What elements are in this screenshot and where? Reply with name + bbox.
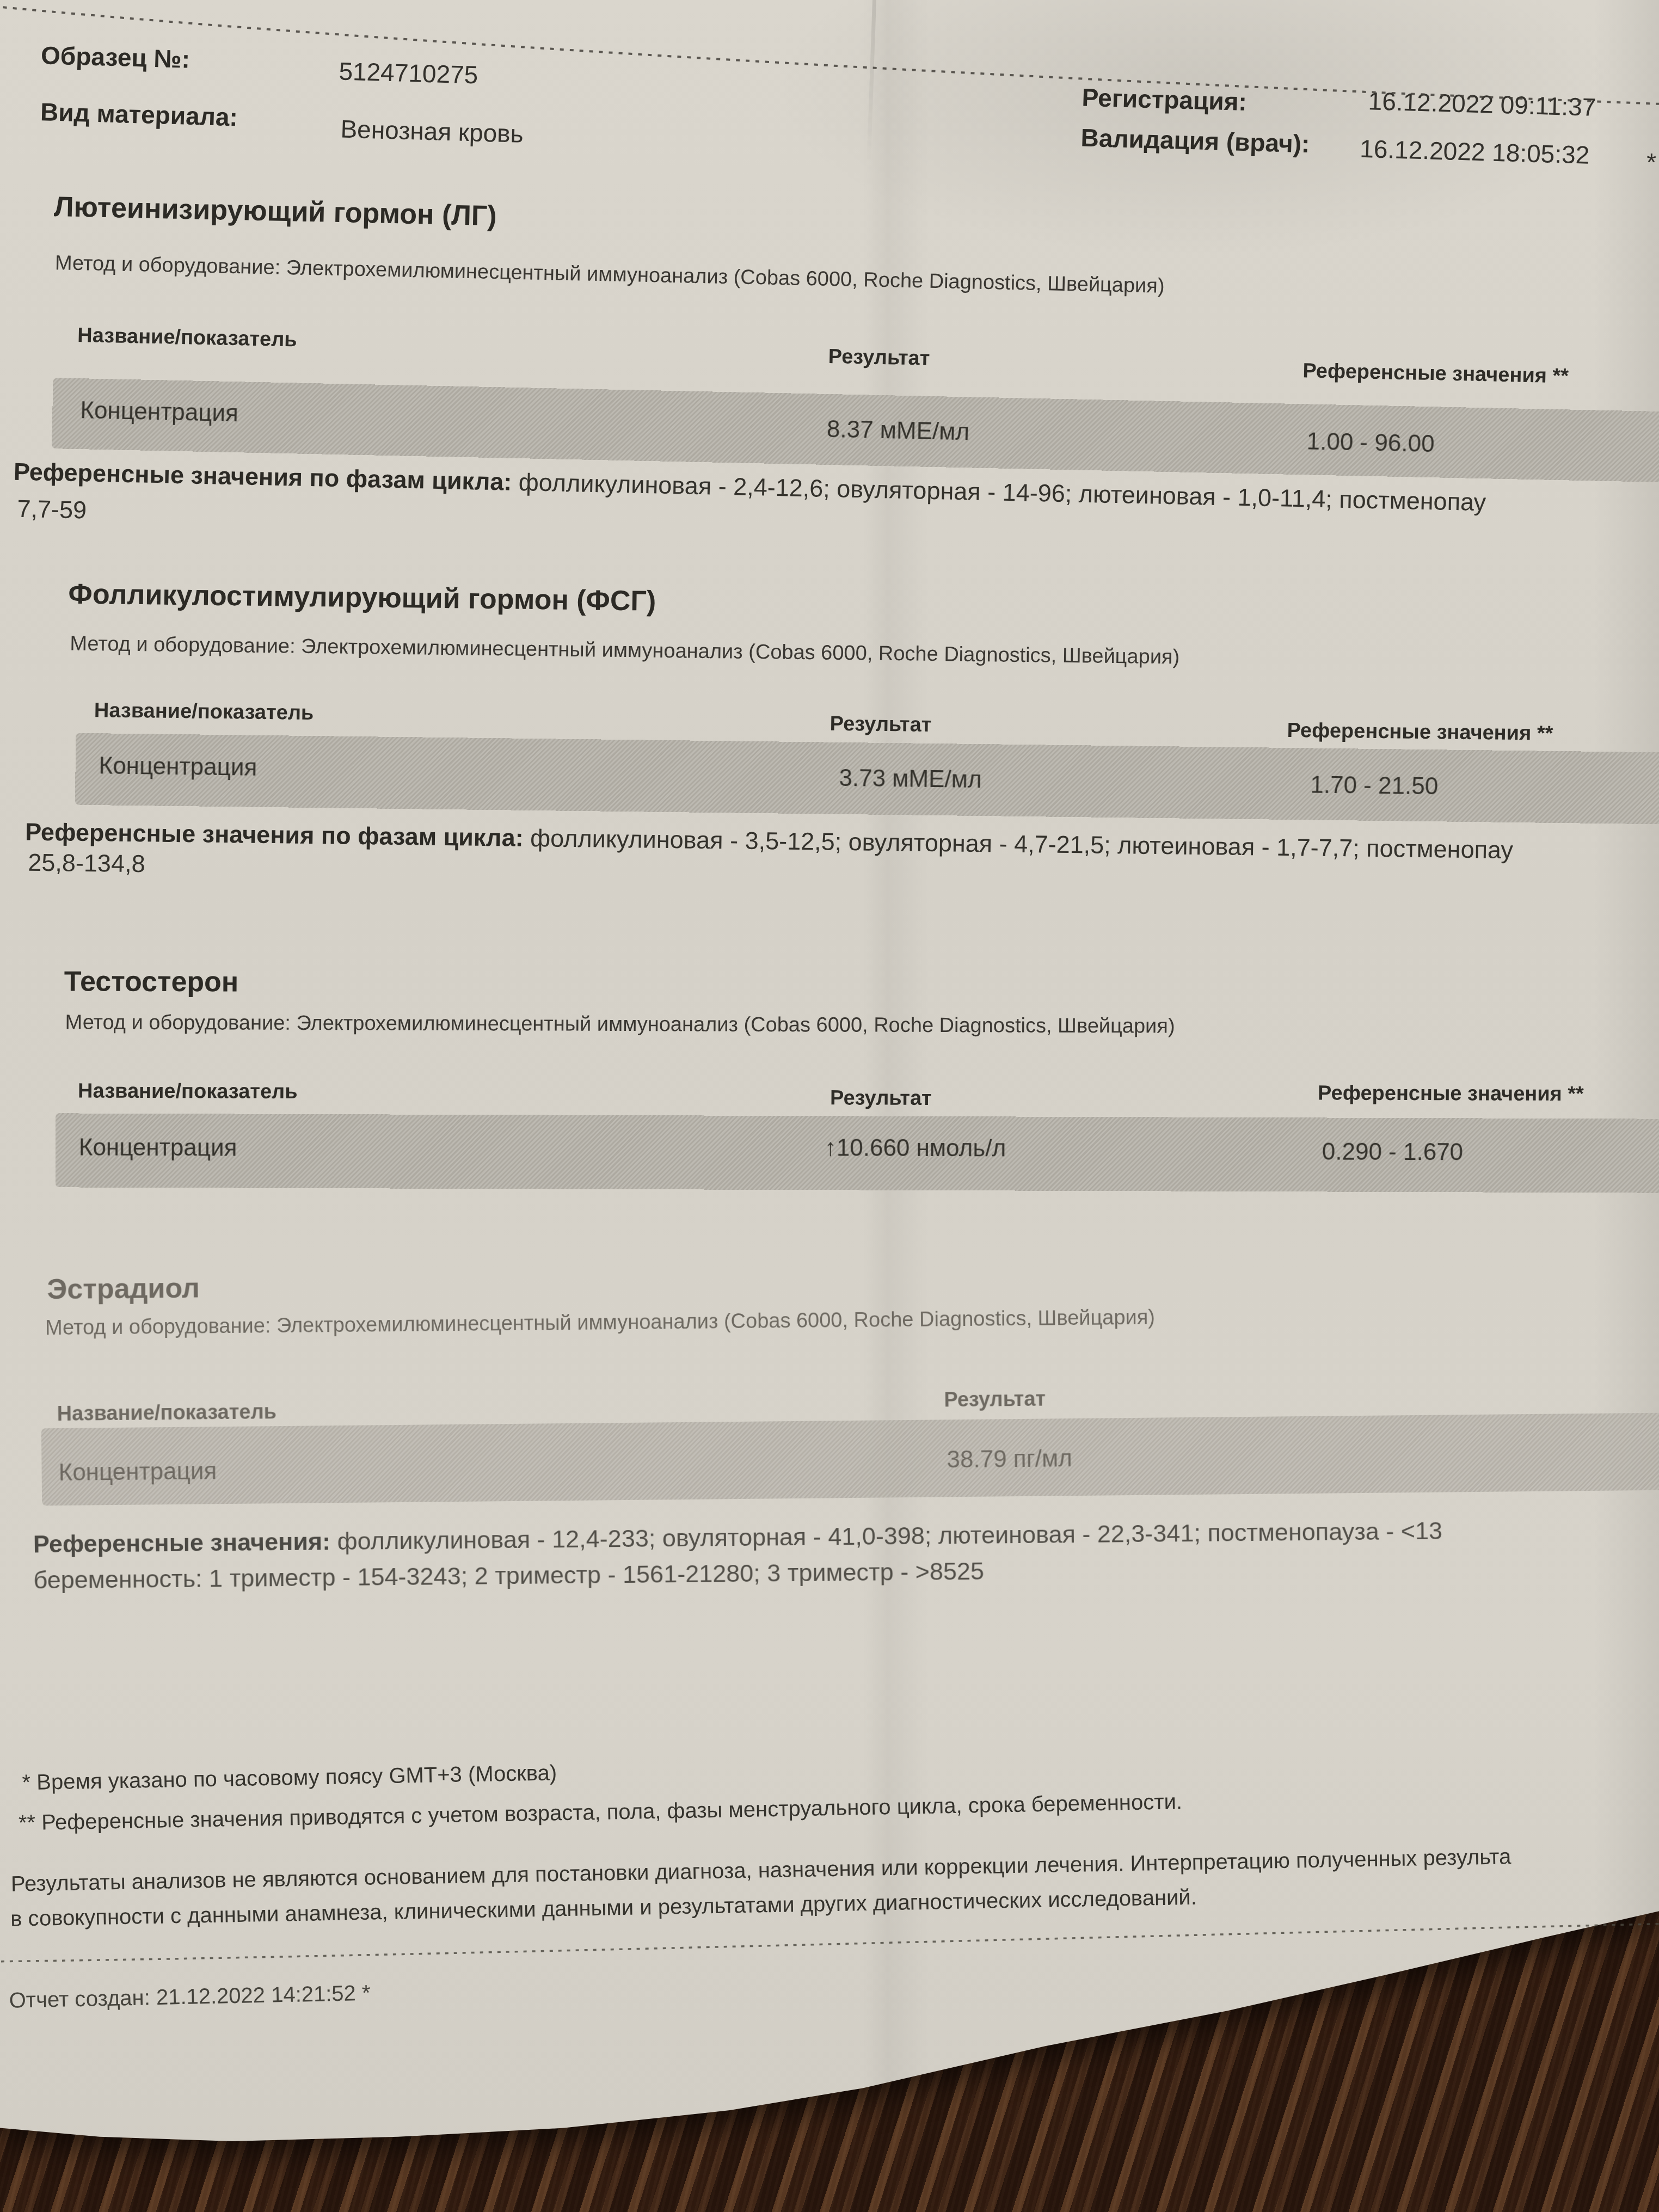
row-name: Концентрация — [80, 397, 239, 427]
column-header-reference: Референсные значения ** — [1318, 1082, 1584, 1106]
reference-note-continued: 25,8-134,8 — [28, 849, 145, 878]
lab-report-paper: Образец №: 5124710275 Вид материала: Вен… — [0, 0, 1659, 2212]
row-result: 38.79 пг/мл — [947, 1445, 1072, 1473]
column-header-name: Название/показатель — [57, 1400, 276, 1426]
row-reference: 1.00 - 96.00 — [1306, 428, 1435, 458]
row-result-high: ↑10.660 нмоль/л — [825, 1134, 1006, 1162]
reference-note-label: Референсные значения по фазам цикла: — [13, 458, 512, 496]
sample-number-label: Образец №: — [40, 40, 190, 74]
section-lh: Лютеинизирующий гормон (ЛГ) Метод и обор… — [0, 185, 1659, 220]
section-testosterone: Тестостерон Метод и оборудование: Электр… — [0, 961, 1659, 967]
column-header-reference: Референсные значения ** — [1302, 359, 1569, 388]
section-title: Эстрадиол — [47, 1271, 200, 1306]
disclaimer-line-1: Результаты анализов не являются основани… — [11, 1845, 1511, 1897]
column-header-result: Результат — [830, 1086, 932, 1110]
reference-note-text: фолликулиновая - 3,5-12,5; овуляторная -… — [530, 824, 1513, 864]
section-title: Тестостерон — [64, 965, 239, 998]
report-created-block: Отчет создан: 21.12.2022 14:21:52 * — [0, 1947, 1659, 1982]
row-result: 8.37 мМЕ/мл — [826, 416, 969, 446]
sample-number-value: 5124710275 — [339, 56, 478, 89]
section-estradiol: Эстрадиол Метод и оборудование: Электрох… — [0, 1252, 1659, 1268]
column-header-reference: Референсные значения ** — [1287, 719, 1553, 746]
footnote-timezone: * Время указано по часовому поясу GMT+3 … — [22, 1761, 557, 1795]
footnotes-block: * Время указано по часовому поясу GMT+3 … — [0, 1734, 1659, 1765]
header-block: Образец №: 5124710275 Вид материала: Вен… — [0, 0, 1659, 47]
method-line: Метод и оборудование: Электрохемилюминес… — [55, 251, 1165, 298]
row-reference: 0.290 - 1.670 — [1322, 1138, 1464, 1166]
reference-note: Референсные значения: фолликулиновая - 1… — [33, 1517, 1443, 1559]
section-title: Лютеинизирующий гормон (ЛГ) — [54, 191, 497, 232]
section-fsh: Фолликулостимулирующий гормон (ФСГ) Мето… — [0, 572, 1659, 592]
method-line: Метод и оборудование: Электрохемилюминес… — [70, 632, 1179, 669]
reference-note-text: фолликулиновая - 12,4-233; овуляторная -… — [337, 1517, 1442, 1555]
row-name: Концентрация — [58, 1458, 217, 1486]
row-reference: 1.70 - 21.50 — [1310, 771, 1438, 800]
method-line: Метод и оборудование: Электрохемилюминес… — [45, 1306, 1155, 1341]
paper-shadow-wrap: Образец №: 5124710275 Вид материала: Вен… — [0, 0, 1659, 2212]
validation-asterisk: * — [1646, 148, 1656, 177]
material-label: Вид материала: — [40, 97, 238, 132]
method-line: Метод и оборудование: Электрохемилюминес… — [65, 1011, 1175, 1038]
report-content: Образец №: 5124710275 Вид материала: Вен… — [0, 0, 1659, 2212]
reference-note-label: Референсные значения по фазам цикла: — [25, 818, 524, 852]
reference-note-continued: беременность: 1 триместр - 154-3243; 2 т… — [33, 1557, 984, 1595]
reference-note: Референсные значения по фазам цикла: фол… — [25, 818, 1513, 864]
registration-label: Регистрация: — [1082, 83, 1247, 116]
column-header-result: Результат — [829, 712, 931, 737]
column-header-result: Результат — [944, 1388, 1046, 1412]
validation-value: 16.12.2022 18:05:32 — [1360, 134, 1590, 170]
registration-value: 16.12.2022 09:11:37 — [1368, 86, 1596, 122]
column-header-name: Название/показатель — [78, 1080, 298, 1104]
table-row-band — [41, 1411, 1659, 1506]
paper-crease — [867, 0, 877, 162]
photo-of-lab-report: Образец №: 5124710275 Вид материала: Вен… — [0, 0, 1659, 2212]
column-header-name: Название/показатель — [94, 699, 314, 725]
column-header-result: Результат — [828, 345, 930, 371]
validation-label: Валидация (врач): — [1080, 123, 1310, 159]
row-name: Концентрация — [79, 1134, 237, 1162]
section-title: Фолликулостимулирующий гормон (ФСГ) — [68, 578, 656, 618]
row-name: Концентрация — [99, 752, 257, 782]
column-header-name: Название/показатель — [77, 324, 297, 352]
reference-note-label: Референсные значения: — [33, 1527, 331, 1558]
material-value: Венозная кровь — [340, 114, 524, 149]
report-created-line: Отчет создан: 21.12.2022 14:21:52 * — [9, 1981, 371, 2013]
footnote-reference-values: ** Референсные значения приводятся с уче… — [19, 1790, 1183, 1835]
row-result: 3.73 мМЕ/мл — [839, 765, 982, 794]
reference-note-continued: 7,7-59 — [17, 495, 87, 525]
